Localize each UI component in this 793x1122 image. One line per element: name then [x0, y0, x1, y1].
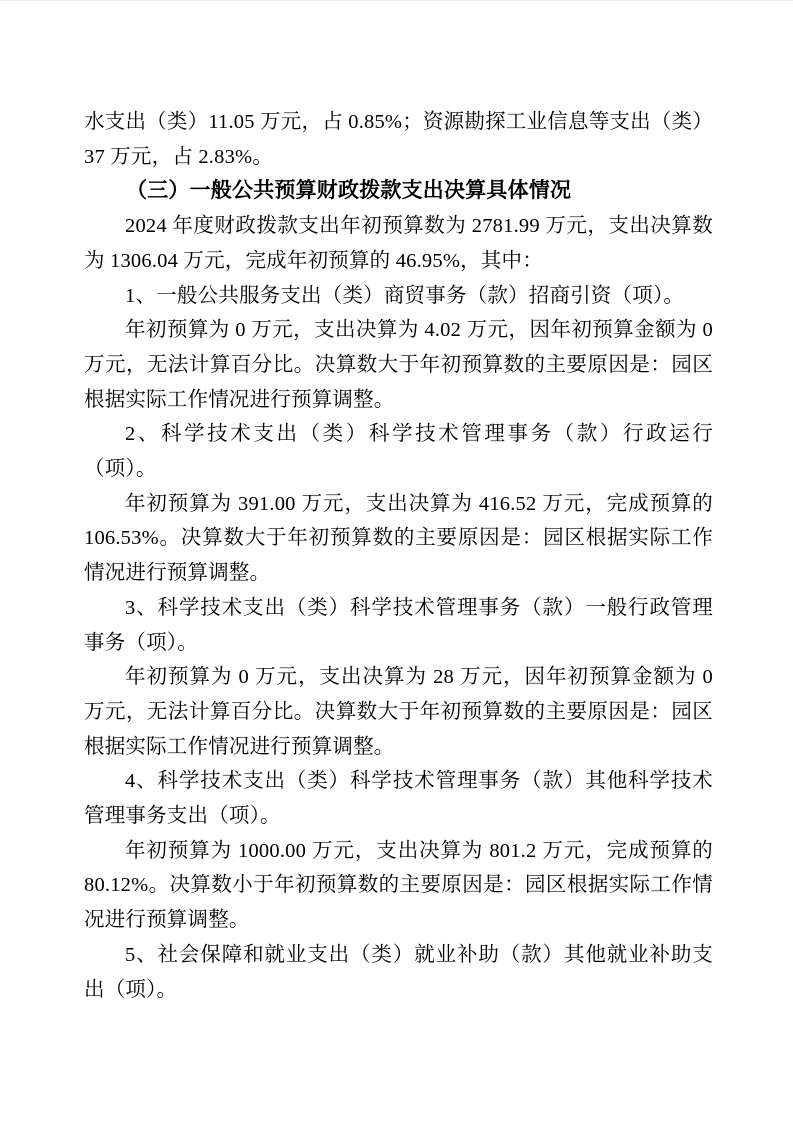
paragraph-item-3-detail: 年初预算为 0 万元，支出决算为 28 万元，因年初预算金额为 0 万元，无法计… [84, 660, 713, 764]
document-page: 水支出（类）11.05 万元，占 0.85%；资源勘探工业信息等支出（类）37 … [0, 0, 793, 1122]
paragraph-item-3-title: 3、科学技术支出（类）科学技术管理事务（款）一般行政管理事务（项）。 [84, 591, 713, 660]
paragraph-item-4-title: 4、科学技术支出（类）科学技术管理事务（款）其他科学技术管理事务支出（项）。 [84, 764, 713, 833]
paragraph-continuation-water-expenditure: 水支出（类）11.05 万元，占 0.85%；资源勘探工业信息等支出（类）37 … [84, 105, 713, 174]
paragraph-item-1-title: 1、一般公共服务支出（类）商贸事务（款）招商引资（项）。 [84, 279, 713, 314]
document-body: 水支出（类）11.05 万元，占 0.85%；资源勘探工业信息等支出（类）37 … [84, 105, 713, 1007]
paragraph-item-5-title: 5、社会保障和就业支出（类）就业补助（款）其他就业补助支出（项）。 [84, 938, 713, 1007]
paragraph-2024-budget-overview: 2024 年度财政拨款支出年初预算数为 2781.99 万元，支出决算数为 13… [84, 209, 713, 278]
paragraph-item-1-detail: 年初预算为 0 万元，支出决算为 4.02 万元，因年初预算金额为 0 万元，无… [84, 313, 713, 417]
paragraph-item-2-detail: 年初预算为 391.00 万元，支出决算为 416.52 万元，完成预算的 10… [84, 487, 713, 591]
section-heading-general-public-budget-expenditure-details: （三）一般公共预算财政拨款支出决算具体情况 [84, 174, 713, 209]
paragraph-item-4-detail: 年初预算为 1000.00 万元，支出决算为 801.2 万元，完成预算的 80… [84, 834, 713, 938]
paragraph-item-2-title: 2、科学技术支出（类）科学技术管理事务（款）行政运行（项）。 [84, 417, 713, 486]
